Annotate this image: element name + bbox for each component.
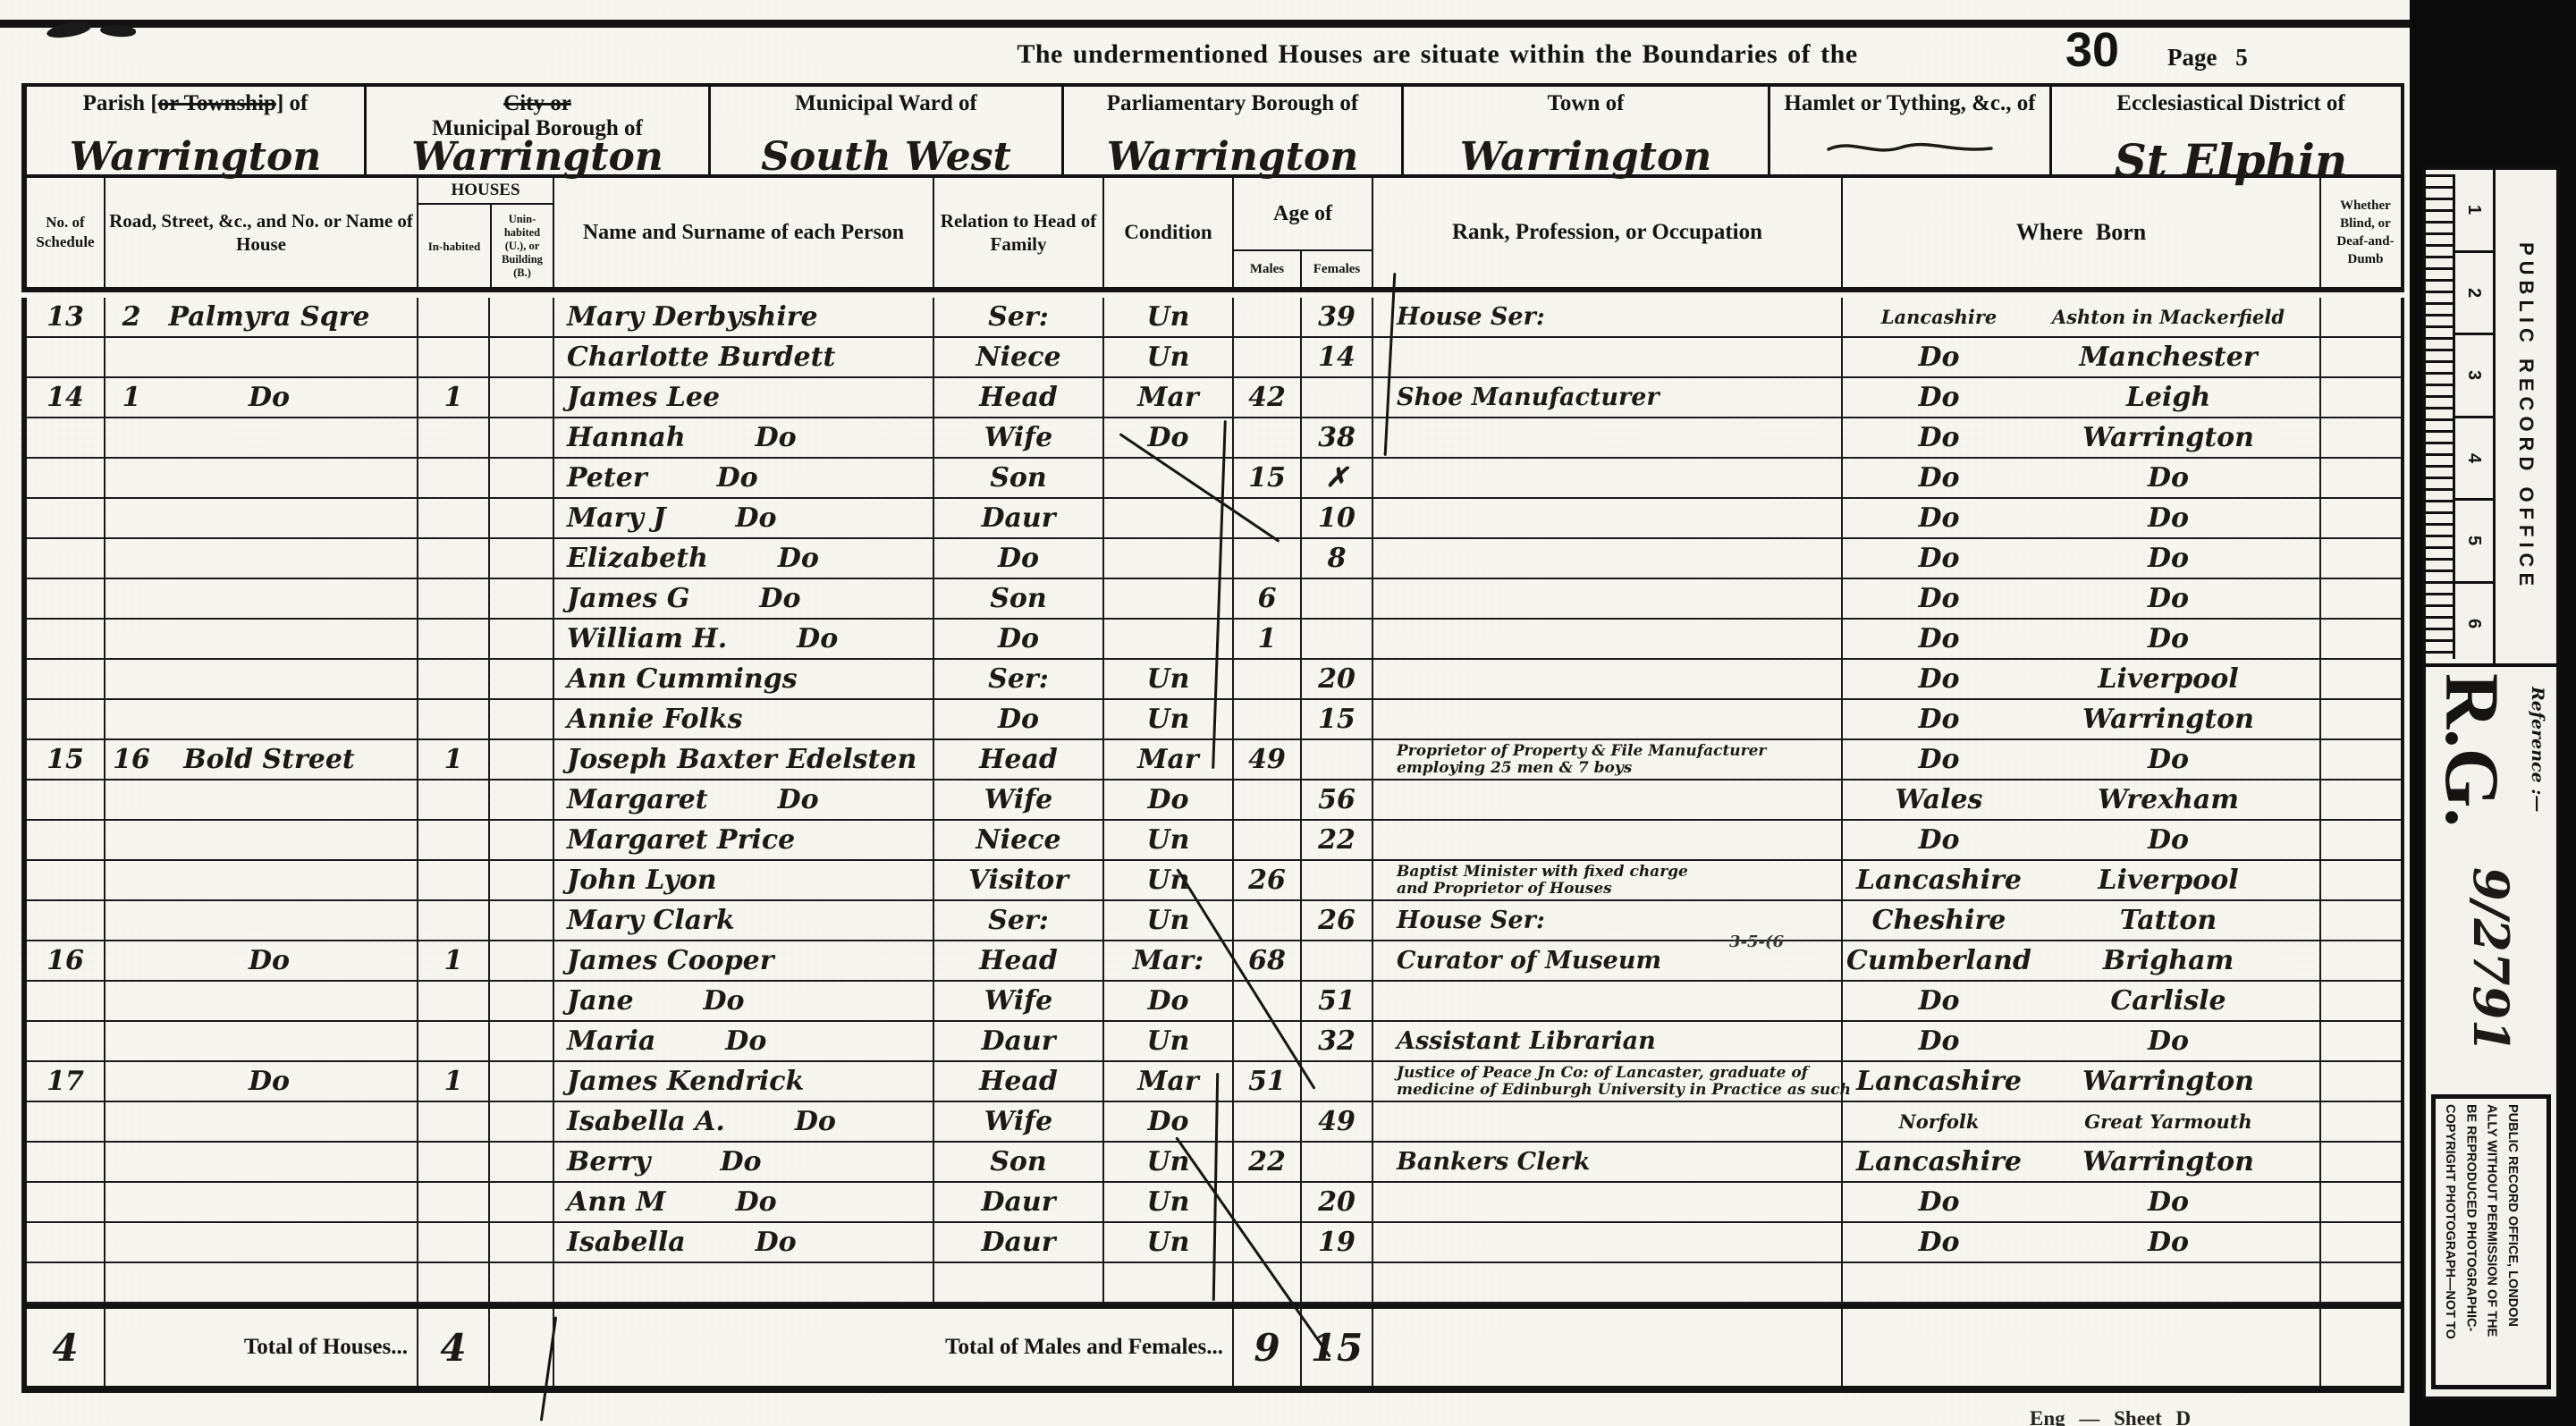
cell-age-male xyxy=(1234,1223,1302,1261)
cell-uninhabited xyxy=(490,338,554,376)
col-header-age: Age of Males Females xyxy=(1234,178,1373,287)
municipal-borough-value: Warrington xyxy=(367,134,708,180)
cell-occupation: Assistant Librarian xyxy=(1373,1022,1843,1060)
cell-inhabited xyxy=(418,1263,490,1302)
copyright-line: BE REPRODUCED PHOTOGRAPHIC- xyxy=(2460,1104,2480,1380)
cell-schedule-number xyxy=(27,418,106,457)
table-header: No. of Schedule Road, Street, &c., and N… xyxy=(21,178,2404,292)
cell-relation: Son xyxy=(934,579,1104,618)
cell-blind-deaf xyxy=(2321,499,2410,537)
cell-age-female xyxy=(1302,1263,1373,1302)
cell-schedule-number: 17 xyxy=(27,1062,106,1101)
cell-occupation xyxy=(1373,579,1843,618)
table-row: Mary JDo Daur 10 DoDo xyxy=(27,499,2401,539)
cell-schedule-number xyxy=(27,1022,106,1060)
copyright-box: COPYRIGHT PHOTOGRAPH—NOT TOBE REPRODUCED… xyxy=(2431,1094,2551,1389)
cell-condition: Un xyxy=(1104,861,1234,899)
total-schedule-count: 4 xyxy=(27,1309,106,1386)
cell-relation: Ser: xyxy=(934,298,1104,336)
cell-address xyxy=(106,861,418,899)
cell-where-born: LancashireLiverpool xyxy=(1843,861,2321,899)
cell-age-female: 15 xyxy=(1302,700,1373,738)
total-houses-label: Total of Houses... xyxy=(106,1309,418,1386)
cell-where-born: DoDo xyxy=(1843,740,2321,779)
col-header-relation: Relation to Head of Family xyxy=(934,178,1104,287)
cell-where-born: LancashireWarrington xyxy=(1843,1062,2321,1101)
cell-occupation xyxy=(1373,459,1843,497)
col-header-houses: HOUSES In-habited Unin-habited (U.), or … xyxy=(418,178,554,287)
ecclesiastical-district-cell: Ecclesiastical District of St Elphin xyxy=(2052,87,2410,174)
cell-schedule-number xyxy=(27,1143,106,1181)
cell-where-born: CheshireTatton xyxy=(1843,901,2321,940)
cell-name: James Kendrick xyxy=(554,1062,934,1101)
top-rule xyxy=(0,20,2410,28)
cell-name: BerryDo xyxy=(554,1143,934,1181)
cell-inhabited xyxy=(418,1102,490,1141)
cell-blind-deaf xyxy=(2321,660,2410,698)
table-row: 14 1Do 1 James Lee Head Mar 42 Shoe Manu… xyxy=(27,378,2401,418)
cell-occupation xyxy=(1373,781,1843,819)
cell-condition: Un xyxy=(1104,338,1234,376)
cell-age-male xyxy=(1234,1102,1302,1141)
ecclesiastical-district-value: St Elphin xyxy=(2052,134,2410,187)
cell-blind-deaf xyxy=(2321,1263,2410,1302)
cell-relation: Daur xyxy=(934,499,1104,537)
cell-age-female: 8 xyxy=(1302,539,1373,578)
cell-inhabited xyxy=(418,861,490,899)
cell-age-female: 51 xyxy=(1302,982,1373,1020)
cell-where-born: DoDo xyxy=(1843,1022,2321,1060)
cell-age-female: 19 xyxy=(1302,1223,1373,1261)
parish-label: Parish [or Township] of xyxy=(27,87,364,116)
cell-blind-deaf xyxy=(2321,740,2410,779)
cell-inhabited xyxy=(418,418,490,457)
cell-name: John Lyon xyxy=(554,861,934,899)
cell-condition: Mar xyxy=(1104,378,1234,417)
page-title: The undermentioned Houses are situate wi… xyxy=(0,28,2410,81)
parish-cell: Parish [or Township] of Warrington xyxy=(27,87,367,174)
cell-age-male xyxy=(1234,539,1302,578)
cell-schedule-number xyxy=(27,579,106,618)
copyright-line: COPYRIGHT PHOTOGRAPH—NOT TO xyxy=(2439,1104,2460,1380)
record-office-label: PUBLIC RECORD OFFICE xyxy=(2496,170,2556,663)
cell-age-male: 49 xyxy=(1234,740,1302,779)
cell-where-born: LancashireAshton in Mackerfield xyxy=(1843,298,2321,336)
cell-relation: Son xyxy=(934,1143,1104,1181)
cell-relation: Head xyxy=(934,378,1104,417)
town-value: Warrington xyxy=(1404,134,1768,180)
cell-schedule-number xyxy=(27,861,106,899)
cell-inhabited xyxy=(418,298,490,336)
cell-condition: Mar xyxy=(1104,1062,1234,1101)
cell-schedule-number xyxy=(27,901,106,940)
cell-address: 2Palmyra Sqre xyxy=(106,298,418,336)
cell-age-female: 20 xyxy=(1302,1183,1373,1221)
cell-where-born: DoDo xyxy=(1843,620,2321,658)
cell-relation: Wife xyxy=(934,781,1104,819)
ecclesiastical-district-label: Ecclesiastical District of xyxy=(2052,87,2410,116)
cell-blind-deaf xyxy=(2321,861,2410,899)
cell-address xyxy=(106,459,418,497)
cell-age-female xyxy=(1302,1143,1373,1181)
cell-occupation xyxy=(1373,700,1843,738)
cell-occupation: House Ser: xyxy=(1373,298,1843,336)
hamlet-label: Hamlet or Tything, &c., of xyxy=(1770,87,2049,116)
table-row: James GDo Son 6 DoDo xyxy=(27,579,2401,620)
total-born-empty xyxy=(1843,1309,2321,1386)
cell-age-male xyxy=(1234,298,1302,336)
cell-inhabited xyxy=(418,700,490,738)
parliamentary-borough-cell: Parliamentary Borough of Warrington xyxy=(1064,87,1404,174)
cell-name: Margaret Price xyxy=(554,821,934,859)
cell-where-born: LancashireWarrington xyxy=(1843,1143,2321,1181)
cell-address xyxy=(106,660,418,698)
cell-name: Charlotte Burdett xyxy=(554,338,934,376)
cell-occupation: Bankers Clerk xyxy=(1373,1143,1843,1181)
cell-age-male xyxy=(1234,660,1302,698)
cell-schedule-number xyxy=(27,982,106,1020)
cell-name: William H.Do xyxy=(554,620,934,658)
cell-address xyxy=(106,1183,418,1221)
cell-where-born: DoCarlisle xyxy=(1843,982,2321,1020)
age-group-label: Age of xyxy=(1234,178,1372,249)
ruler-ticks xyxy=(2426,174,2455,659)
table-body: 13 2Palmyra Sqre Mary Derbyshire Ser: Un… xyxy=(21,298,2404,1304)
reference-label: Reference :— xyxy=(2519,667,2556,832)
cell-where-born: DoDo xyxy=(1843,499,2321,537)
cell-relation: Visitor xyxy=(934,861,1104,899)
cell-schedule-number xyxy=(27,700,106,738)
cell-blind-deaf xyxy=(2321,982,2410,1020)
cell-age-male xyxy=(1234,901,1302,940)
cell-relation: Niece xyxy=(934,338,1104,376)
total-females-value: 15 xyxy=(1302,1309,1373,1386)
cell-name: James Cooper xyxy=(554,941,934,980)
cell-address xyxy=(106,901,418,940)
cell-condition xyxy=(1104,499,1234,537)
cell-name: JaneDo xyxy=(554,982,934,1020)
cell-where-born: DoDo xyxy=(1843,459,2321,497)
census-sheet: The undermentioned Houses are situate wi… xyxy=(0,0,2576,1426)
col-header-name: Name and Surname of each Person xyxy=(554,178,934,287)
cell-occupation: Justice of Peace Jn Co: of Lancaster, gr… xyxy=(1373,1062,1843,1101)
cell-uninhabited xyxy=(490,700,554,738)
cell-inhabited xyxy=(418,579,490,618)
cell-schedule-number xyxy=(27,499,106,537)
cell-age-female xyxy=(1302,579,1373,618)
cell-address: 16Bold Street xyxy=(106,740,418,779)
cell-relation: Ser: xyxy=(934,901,1104,940)
cell-occupation: 3-5-(6Curator of Museum xyxy=(1373,941,1843,980)
table-row: 16 Do 1 James Cooper Head Mar: 68 3-5-(6… xyxy=(27,941,2401,982)
cell-blind-deaf xyxy=(2321,700,2410,738)
cell-inhabited xyxy=(418,620,490,658)
cell-age-male xyxy=(1234,781,1302,819)
cell-name xyxy=(554,1263,934,1302)
cell-uninhabited xyxy=(490,1022,554,1060)
series-block: R.G. Reference :— xyxy=(2426,667,2556,832)
cell-schedule-number xyxy=(27,1183,106,1221)
cell-age-female: 14 xyxy=(1302,338,1373,376)
cell-blind-deaf xyxy=(2321,539,2410,578)
cell-age-female: 39 xyxy=(1302,298,1373,336)
cell-schedule-number: 13 xyxy=(27,298,106,336)
cell-condition xyxy=(1104,620,1234,658)
cell-address: Do xyxy=(106,941,418,980)
cell-uninhabited xyxy=(490,1223,554,1261)
cell-address xyxy=(106,1143,418,1181)
table-row: John Lyon Visitor Un 26 Baptist Minister… xyxy=(27,861,2401,901)
cell-age-male xyxy=(1234,821,1302,859)
total-uninhabited-empty xyxy=(490,1309,554,1386)
cell-address xyxy=(106,338,418,376)
cell-age-female: 22 xyxy=(1302,821,1373,859)
cell-blind-deaf xyxy=(2321,1102,2410,1141)
cell-uninhabited xyxy=(490,982,554,1020)
town-cell: Town of Warrington xyxy=(1404,87,1770,174)
cell-where-born: CumberlandBrigham xyxy=(1843,941,2321,980)
cell-condition: Do xyxy=(1104,982,1234,1020)
cell-schedule-number xyxy=(27,1102,106,1141)
cell-blind-deaf xyxy=(2321,620,2410,658)
municipal-borough-label: City orMunicipal Borough of xyxy=(367,87,708,141)
cell-schedule-number xyxy=(27,620,106,658)
cell-relation: Wife xyxy=(934,418,1104,457)
cell-uninhabited xyxy=(490,1062,554,1101)
cell-relation: Wife xyxy=(934,1102,1104,1141)
cell-blind-deaf xyxy=(2321,378,2410,417)
ruler-number: 1 xyxy=(2455,170,2493,253)
municipal-ward-cell: Municipal Ward of South West xyxy=(711,87,1064,174)
cell-inhabited xyxy=(418,781,490,819)
cell-occupation xyxy=(1373,338,1843,376)
cell-age-male: 1 xyxy=(1234,620,1302,658)
cell-name: PeterDo xyxy=(554,459,934,497)
ruler-numbers: 123456 xyxy=(2455,170,2496,663)
cell-inhabited xyxy=(418,338,490,376)
cell-uninhabited xyxy=(490,901,554,940)
cell-age-female: 26 xyxy=(1302,901,1373,940)
cell-uninhabited xyxy=(490,821,554,859)
table-row: William H.Do Do 1 DoDo xyxy=(27,620,2401,660)
cell-age-male: 15 xyxy=(1234,459,1302,497)
cell-where-born: DoLiverpool xyxy=(1843,660,2321,698)
col-header-uninhabited: Unin-habited (U.), or Building (B.) xyxy=(492,205,553,287)
cell-age-female: 10 xyxy=(1302,499,1373,537)
cell-uninhabited xyxy=(490,781,554,819)
table-row: PeterDo Son 15 ✗ DoDo xyxy=(27,459,2401,499)
table-row: JaneDo Wife Do 51 DoCarlisle xyxy=(27,982,2401,1022)
cell-address: 1Do xyxy=(106,378,418,417)
cell-name: James Lee xyxy=(554,378,934,417)
cell-age-male xyxy=(1234,700,1302,738)
cell-age-male: 51 xyxy=(1234,1062,1302,1101)
cell-inhabited: 1 xyxy=(418,378,490,417)
cell-age-female: 32 xyxy=(1302,1022,1373,1060)
cell-schedule-number: 15 xyxy=(27,740,106,779)
piece-number: 9/2791 xyxy=(2426,832,2556,1087)
cell-name: MargaretDo xyxy=(554,781,934,819)
cell-age-female xyxy=(1302,378,1373,417)
cell-blind-deaf xyxy=(2321,781,2410,819)
cell-address xyxy=(106,700,418,738)
cell-address: Do xyxy=(106,1062,418,1101)
cell-uninhabited xyxy=(490,861,554,899)
table-row: ElizabethDo Do 8 DoDo xyxy=(27,539,2401,579)
cell-condition xyxy=(1104,459,1234,497)
cell-uninhabited xyxy=(490,941,554,980)
cell-condition: Do xyxy=(1104,781,1234,819)
cell-where-born: NorfolkGreat Yarmouth xyxy=(1843,1102,2321,1141)
cell-schedule-number xyxy=(27,459,106,497)
cell-occupation xyxy=(1373,620,1843,658)
census-page: The undermentioned Houses are situate wi… xyxy=(0,0,2410,1426)
cell-where-born: DoWarrington xyxy=(1843,700,2321,738)
cell-uninhabited xyxy=(490,1263,554,1302)
total-houses-value: 4 xyxy=(418,1309,490,1386)
cell-where-born: DoDo xyxy=(1843,1223,2321,1261)
cell-age-female: 49 xyxy=(1302,1102,1373,1141)
ruler-number: 2 xyxy=(2455,253,2493,336)
table-row: Isabella A.Do Wife Do 49 NorfolkGreat Ya… xyxy=(27,1102,2401,1143)
cell-name: James GDo xyxy=(554,579,934,618)
cell-age-female xyxy=(1302,740,1373,779)
cell-condition: Un xyxy=(1104,821,1234,859)
municipal-ward-label: Municipal Ward of xyxy=(711,87,1061,116)
cell-condition: Mar: xyxy=(1104,941,1234,980)
cell-occupation xyxy=(1373,1102,1843,1141)
cell-condition xyxy=(1104,579,1234,618)
cell-age-female xyxy=(1302,941,1373,980)
cell-occupation xyxy=(1373,1223,1843,1261)
cell-relation: Wife xyxy=(934,982,1104,1020)
cell-blind-deaf xyxy=(2321,1223,2410,1261)
cell-address xyxy=(106,781,418,819)
cell-inhabited xyxy=(418,901,490,940)
cell-condition: Un xyxy=(1104,298,1234,336)
cell-address xyxy=(106,1223,418,1261)
table-row: 13 2Palmyra Sqre Mary Derbyshire Ser: Un… xyxy=(27,298,2401,338)
cell-occupation xyxy=(1373,821,1843,859)
total-blind-empty xyxy=(2321,1309,2410,1386)
cell-inhabited xyxy=(418,539,490,578)
cell-blind-deaf xyxy=(2321,1022,2410,1060)
location-header: Parish [or Township] of Warrington City … xyxy=(21,83,2404,178)
cell-condition: Un xyxy=(1104,1022,1234,1060)
cell-uninhabited xyxy=(490,740,554,779)
cell-name: MariaDo xyxy=(554,1022,934,1060)
cell-blind-deaf xyxy=(2321,298,2410,336)
cell-uninhabited xyxy=(490,1143,554,1181)
cell-where-born: WalesWrexham xyxy=(1843,781,2321,819)
cell-uninhabited xyxy=(490,1183,554,1221)
cell-uninhabited xyxy=(490,298,554,336)
cell-blind-deaf xyxy=(2321,418,2410,457)
cell-condition xyxy=(1104,539,1234,578)
cell-blind-deaf xyxy=(2321,338,2410,376)
cell-age-male xyxy=(1234,1183,1302,1221)
cell-schedule-number xyxy=(27,660,106,698)
cell-uninhabited xyxy=(490,660,554,698)
table-row: HannahDo Wife Do 38 DoWarrington xyxy=(27,418,2401,459)
houses-group-label: HOUSES xyxy=(418,178,553,205)
cell-age-male: 22 xyxy=(1234,1143,1302,1181)
col-header-condition: Condition xyxy=(1104,178,1234,287)
parish-value: Warrington xyxy=(27,134,364,180)
col-header-blind: Whether Blind, or Deaf-and-Dumb xyxy=(2321,178,2410,287)
cell-address xyxy=(106,1022,418,1060)
cell-occupation xyxy=(1373,539,1843,578)
cell-where-born: DoDo xyxy=(1843,579,2321,618)
cell-blind-deaf xyxy=(2321,579,2410,618)
cell-inhabited xyxy=(418,982,490,1020)
cell-relation: Daur xyxy=(934,1022,1104,1060)
cell-uninhabited xyxy=(490,418,554,457)
ruler-number: 6 xyxy=(2455,584,2493,664)
table-row: Margaret Price Niece Un 22 DoDo xyxy=(27,821,2401,861)
cell-inhabited xyxy=(418,1223,490,1261)
cell-relation: Do xyxy=(934,700,1104,738)
cell-uninhabited xyxy=(490,378,554,417)
cell-inhabited xyxy=(418,459,490,497)
cell-schedule-number xyxy=(27,539,106,578)
parliamentary-borough-value: Warrington xyxy=(1064,134,1401,180)
cell-address xyxy=(106,499,418,537)
cell-blind-deaf xyxy=(2321,459,2410,497)
cell-inhabited xyxy=(418,1022,490,1060)
cell-where-born: DoDo xyxy=(1843,539,2321,578)
cell-uninhabited xyxy=(490,499,554,537)
cell-blind-deaf xyxy=(2321,1062,2410,1101)
cell-inhabited: 1 xyxy=(418,941,490,980)
cell-schedule-number xyxy=(27,1263,106,1302)
table-row: Charlotte Burdett Niece Un 14 DoManchest… xyxy=(27,338,2401,378)
sheet-footer: Eng — Sheet D xyxy=(2030,1407,2191,1426)
cell-relation: Head xyxy=(934,740,1104,779)
cell-occupation xyxy=(1373,418,1843,457)
total-persons-label: Total of Males and Females... xyxy=(554,1309,1234,1386)
archive-strip: 123456 PUBLIC RECORD OFFICE R.G. Referen… xyxy=(2410,0,2576,1426)
cell-uninhabited xyxy=(490,459,554,497)
cell-age-male xyxy=(1234,418,1302,457)
cell-blind-deaf xyxy=(2321,901,2410,940)
ruler-number: 5 xyxy=(2455,501,2493,584)
table-row: MariaDo Daur Un 32 Assistant Librarian D… xyxy=(27,1022,2401,1062)
cell-address xyxy=(106,821,418,859)
cell-age-male xyxy=(1234,338,1302,376)
cell-name: Ann Cummings xyxy=(554,660,934,698)
cell-relation: Do xyxy=(934,539,1104,578)
cell-relation: Niece xyxy=(934,821,1104,859)
col-header-inhabited: In-habited xyxy=(418,205,492,287)
cell-inhabited xyxy=(418,821,490,859)
cell-age-female: 56 xyxy=(1302,781,1373,819)
cell-name: Ann MDo xyxy=(554,1183,934,1221)
cell-age-female xyxy=(1302,620,1373,658)
cell-where-born: DoDo xyxy=(1843,821,2321,859)
cell-age-female xyxy=(1302,861,1373,899)
total-males-value: 9 xyxy=(1234,1309,1302,1386)
cell-occupation xyxy=(1373,982,1843,1020)
town-label: Town of xyxy=(1404,87,1768,116)
cell-inhabited xyxy=(418,1183,490,1221)
table-row: Mary Clark Ser: Un 26 House Ser: Cheshir… xyxy=(27,901,2401,941)
hamlet-squiggle-mark xyxy=(1825,135,1995,158)
cell-age-female: 38 xyxy=(1302,418,1373,457)
cell-relation: Head xyxy=(934,1062,1104,1101)
folio-number-stamp: 30 xyxy=(2065,22,2119,78)
cell-occupation xyxy=(1373,499,1843,537)
